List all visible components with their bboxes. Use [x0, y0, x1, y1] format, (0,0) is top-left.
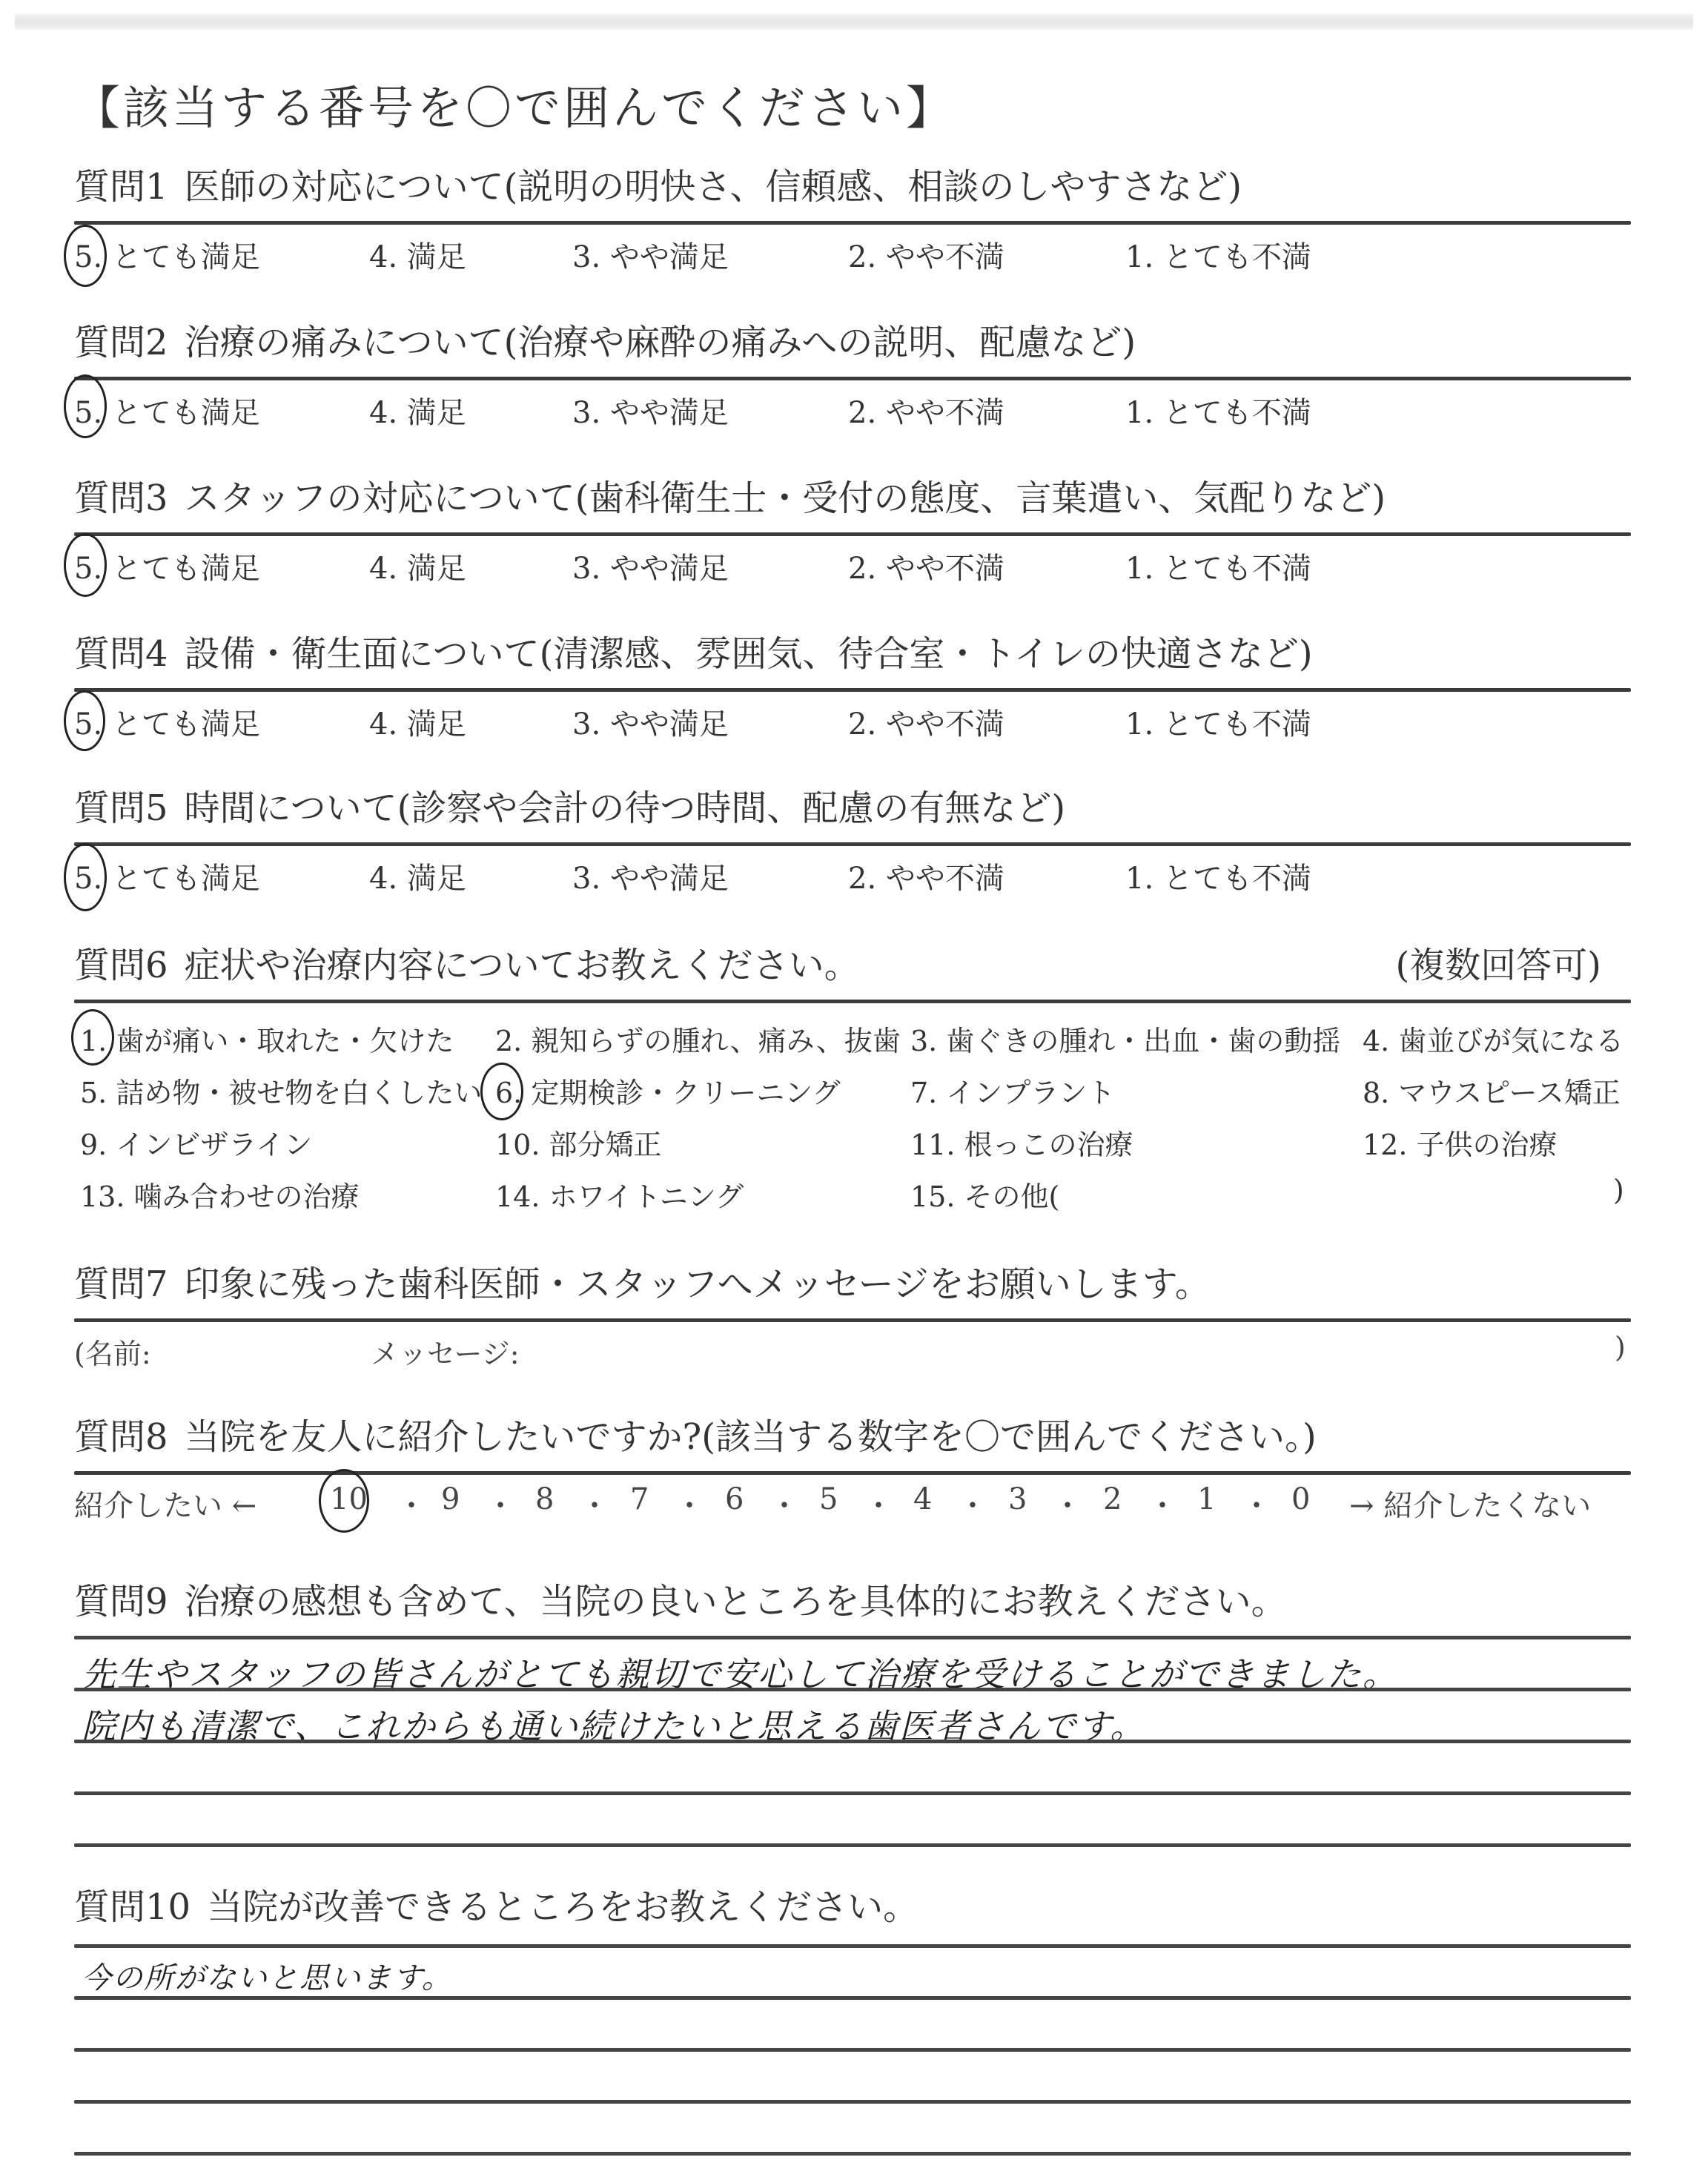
- scale-right-label: → 紹介したくない: [1349, 1482, 1591, 1525]
- recommend-scale: 紹介したい ← 10 ・ 9 ・ 8 ・ 7 ・ 6 ・ 5 ・ 4 ・ 3 ・…: [74, 1482, 1631, 1527]
- scale-0[interactable]: 0: [1291, 1482, 1310, 1516]
- answer-rule: [74, 1843, 1631, 1847]
- answer-rule: [74, 1791, 1631, 1795]
- question-number: 質問4: [74, 633, 168, 675]
- symptom-option-7[interactable]: 7. インプラント: [910, 1070, 1115, 1111]
- question-3: 質問3スタッフの対応について(歯科衛生士・受付の態度、言葉遣い、気配りなど) 5…: [74, 475, 1631, 589]
- symptom-option-1[interactable]: 1. 歯が痛い・取れた・欠けた: [80, 1018, 454, 1059]
- question-text: 症状や治療内容についてお教えください。: [185, 945, 860, 986]
- option-3[interactable]: 3. やや満足: [572, 234, 729, 276]
- symptom-option-13[interactable]: 13. 噛み合わせの治療: [80, 1174, 360, 1215]
- divider: [74, 377, 1631, 380]
- question-text: スタッフの対応について(歯科衛生士・受付の態度、言葉遣い、気配りなど): [185, 478, 1386, 519]
- name-label: (名前:: [74, 1331, 151, 1372]
- option-3[interactable]: 3. やや満足: [572, 389, 729, 432]
- question-2: 質問2治療の痛みについて(治療や麻酔の痛みへの説明、配慮など) 5. とても満足…: [74, 319, 1631, 434]
- question-10-title: 質問10当院が改善できるところをお教えください。: [74, 1883, 1631, 1931]
- question-4-title: 質問4設備・衛生面について(清潔感、雰囲気、待合室・トイレの快適さなど): [74, 630, 1631, 678]
- question-6-title: 質問6症状や治療内容についてお教えください。(複数回答可): [74, 942, 1631, 989]
- handwritten-answer-line-1: 今の所がないと思います。: [82, 1955, 453, 1997]
- divider: [74, 1000, 1631, 1003]
- scale-dot: ・: [1242, 1482, 1271, 1525]
- answer-rule: [74, 1996, 1631, 2000]
- scale-dot: ・: [1148, 1482, 1177, 1525]
- question-4: 質問4設備・衛生面について(清潔感、雰囲気、待合室・トイレの快適さなど) 5. …: [74, 630, 1631, 745]
- scale-dot: ・: [958, 1482, 987, 1525]
- option-2[interactable]: 2. やや不満: [848, 234, 1004, 276]
- question-number: 質問9: [74, 1581, 168, 1622]
- scale-8[interactable]: 8: [535, 1482, 554, 1516]
- option-4[interactable]: 4. 満足: [369, 701, 466, 743]
- symptom-option-10[interactable]: 10. 部分矯正: [495, 1122, 662, 1163]
- divider: [74, 221, 1631, 225]
- symptom-option-2[interactable]: 2. 親知らずの腫れ、痛み、抜歯: [495, 1018, 901, 1059]
- scale-9[interactable]: 9: [441, 1482, 460, 1516]
- question-9-title: 質問9治療の感想も含めて、当院の良いところを具体的にお教えください。: [74, 1578, 1631, 1625]
- question-9: 質問9治療の感想も含めて、当院の良いところを具体的にお教えください。 先生やスタ…: [74, 1578, 1631, 1625]
- question-text: 治療の痛みについて(治療や麻酔の痛みへの説明、配慮など): [185, 322, 1136, 363]
- question-text: 時間について(診察や会計の待つ時間、配慮の有無など): [185, 787, 1066, 829]
- option-5[interactable]: 5. とても満足: [74, 234, 260, 276]
- option-1[interactable]: 1. とても不満: [1125, 701, 1311, 743]
- scale-dot: ・: [864, 1482, 893, 1525]
- question-number: 質問5: [74, 787, 168, 829]
- question-number: 質問2: [74, 322, 168, 363]
- symptom-option-11[interactable]: 11. 根っこの治療: [910, 1122, 1133, 1163]
- option-3[interactable]: 3. やや満足: [572, 855, 729, 897]
- symptom-option-14[interactable]: 14. ホワイトニング: [495, 1174, 744, 1215]
- other-close-paren: ): [1613, 1174, 1624, 1206]
- answer-rule: [74, 1740, 1631, 1743]
- option-1[interactable]: 1. とても不満: [1125, 389, 1311, 432]
- option-2[interactable]: 2. やや不満: [848, 701, 1004, 743]
- question-number: 質問6: [74, 945, 168, 986]
- divider: [74, 1471, 1631, 1475]
- question-1: 質問1医師の対応について(説明の明快さ、信頼感、相談のしやすさなど) 5. とて…: [74, 163, 1631, 278]
- question-text: 医師の対応について(説明の明快さ、信頼感、相談のしやすさなど): [185, 166, 1242, 208]
- option-4[interactable]: 4. 満足: [369, 389, 466, 432]
- rating-options: 5. とても満足 4. 満足 3. やや満足 2. やや不満 1. とても不満: [74, 855, 1631, 899]
- option-5[interactable]: 5. とても満足: [74, 855, 260, 897]
- rating-options: 5. とても満足 4. 満足 3. やや満足 2. やや不満 1. とても不満: [74, 545, 1631, 589]
- option-1[interactable]: 1. とても不満: [1125, 855, 1311, 897]
- scale-1[interactable]: 1: [1197, 1482, 1216, 1516]
- question-7: 質問7印象に残った歯科医師・スタッフへメッセージをお願いします。 (名前: メッ…: [74, 1261, 1631, 1375]
- question-10: 質問10当院が改善できるところをお教えください。 今の所がないと思います。: [74, 1883, 1631, 1931]
- symptom-option-8[interactable]: 8. マウスピース矯正: [1363, 1070, 1621, 1111]
- message-label: メッセージ:: [371, 1331, 520, 1372]
- answer-rule: [74, 1636, 1631, 1639]
- rating-options: 5. とても満足 4. 満足 3. やや満足 2. やや不満 1. とても不満: [74, 389, 1631, 434]
- option-4[interactable]: 4. 満足: [369, 545, 466, 587]
- symptom-option-12[interactable]: 12. 子供の治療: [1363, 1122, 1558, 1163]
- question-text: 当院を友人に紹介したいですか?(該当する数字を〇で囲んでください。): [185, 1416, 1317, 1458]
- scale-4[interactable]: 4: [913, 1482, 932, 1516]
- question-5-title: 質問5時間について(診察や会計の待つ時間、配慮の有無など): [74, 785, 1631, 832]
- question-text: 治療の感想も含めて、当院の良いところを具体的にお教えください。: [185, 1581, 1287, 1622]
- answer-rule: [74, 2048, 1631, 2052]
- scale-2[interactable]: 2: [1103, 1482, 1122, 1516]
- scale-dot: ・: [580, 1482, 609, 1525]
- rating-options: 5. とても満足 4. 満足 3. やや満足 2. やや不満 1. とても不満: [74, 701, 1631, 745]
- question-text: 当院が改善できるところをお教えください。: [207, 1886, 918, 1928]
- option-2[interactable]: 2. やや不満: [848, 389, 1004, 432]
- option-1[interactable]: 1. とても不満: [1125, 545, 1311, 587]
- question-1-title: 質問1医師の対応について(説明の明快さ、信頼感、相談のしやすさなど): [74, 163, 1631, 211]
- question-number: 質問10: [74, 1886, 191, 1928]
- scale-6[interactable]: 6: [725, 1482, 744, 1516]
- option-4[interactable]: 4. 満足: [369, 234, 466, 276]
- answer-rule: [74, 2152, 1631, 2156]
- scale-dot: ・: [769, 1482, 799, 1525]
- symptom-options-grid: 1. 歯が痛い・取れた・欠けた 2. 親知らずの腫れ、痛み、抜歯 3. 歯ぐきの…: [74, 1014, 1631, 1236]
- symptom-option-15-other[interactable]: 15. その他(: [910, 1174, 1059, 1215]
- multiple-answers-note: (複数回答可): [1396, 942, 1601, 989]
- question-7-title: 質問7印象に残った歯科医師・スタッフへメッセージをお願いします。: [74, 1261, 1631, 1308]
- scan-top-edge: [15, 13, 1693, 30]
- question-number: 質問8: [74, 1416, 168, 1458]
- scale-dot: ・: [1053, 1482, 1082, 1525]
- option-3[interactable]: 3. やや満足: [572, 545, 729, 587]
- scale-left-label: 紹介したい ←: [74, 1482, 256, 1525]
- question-number: 質問3: [74, 478, 168, 519]
- option-2[interactable]: 2. やや不満: [848, 545, 1004, 587]
- question-6: 質問6症状や治療内容についてお教えください。(複数回答可) 1. 歯が痛い・取れ…: [74, 942, 1631, 1236]
- answer-rule: [74, 1944, 1631, 1948]
- question-text: 設備・衛生面について(清潔感、雰囲気、待合室・トイレの快適さなど): [185, 633, 1313, 675]
- symptom-option-4[interactable]: 4. 歯並びが気になる: [1363, 1018, 1623, 1059]
- question-number: 質問1: [74, 166, 168, 208]
- rating-options: 5. とても満足 4. 満足 3. やや満足 2. やや不満 1. とても不満: [74, 234, 1631, 278]
- answer-rule: [74, 2100, 1631, 2104]
- scale-dot: ・: [675, 1482, 704, 1525]
- scale-dot: ・: [397, 1482, 426, 1525]
- question-3-title: 質問3スタッフの対応について(歯科衛生士・受付の態度、言葉遣い、気配りなど): [74, 475, 1631, 522]
- question-text: 印象に残った歯科医師・スタッフへメッセージをお願いします。: [185, 1264, 1211, 1305]
- question-number: 質問7: [74, 1264, 168, 1305]
- symptom-option-5[interactable]: 5. 詰め物・被せ物を白くしたい: [80, 1070, 482, 1111]
- symptom-option-6[interactable]: 6. 定期検診・クリーニング: [495, 1070, 841, 1111]
- message-fields: (名前: メッセージ: ): [74, 1331, 1631, 1375]
- divider: [74, 842, 1631, 846]
- close-paren: ): [1615, 1331, 1626, 1364]
- option-5[interactable]: 5. とても満足: [74, 545, 260, 587]
- scale-7[interactable]: 7: [630, 1482, 649, 1516]
- option-5[interactable]: 5. とても満足: [74, 389, 260, 432]
- scale-dot: ・: [486, 1482, 515, 1525]
- option-5[interactable]: 5. とても満足: [74, 701, 260, 743]
- symptom-option-3[interactable]: 3. 歯ぐきの腫れ・出血・歯の動揺: [910, 1018, 1340, 1059]
- divider: [74, 688, 1631, 692]
- option-4[interactable]: 4. 満足: [369, 855, 466, 897]
- divider: [74, 532, 1631, 536]
- option-1[interactable]: 1. とても不満: [1125, 234, 1311, 276]
- question-8-title: 質問8当院を友人に紹介したいですか?(該当する数字を〇で囲んでください。): [74, 1413, 1631, 1461]
- scale-5[interactable]: 5: [819, 1482, 838, 1516]
- divider: [74, 1318, 1631, 1322]
- question-8: 質問8当院を友人に紹介したいですか?(該当する数字を〇で囲んでください。) 紹介…: [74, 1413, 1631, 1527]
- page-title: 【該当する番号を〇で囲んでください】: [74, 71, 955, 137]
- option-2[interactable]: 2. やや不満: [848, 855, 1004, 897]
- option-3[interactable]: 3. やや満足: [572, 701, 729, 743]
- scale-3[interactable]: 3: [1008, 1482, 1027, 1516]
- question-2-title: 質問2治療の痛みについて(治療や麻酔の痛みへの説明、配慮など): [74, 319, 1631, 366]
- question-5: 質問5時間について(診察や会計の待つ時間、配慮の有無など) 5. とても満足 4…: [74, 785, 1631, 899]
- answer-rule: [74, 1688, 1631, 1691]
- symptom-option-9[interactable]: 9. インビザライン: [80, 1122, 312, 1163]
- scale-10[interactable]: 10: [330, 1482, 368, 1516]
